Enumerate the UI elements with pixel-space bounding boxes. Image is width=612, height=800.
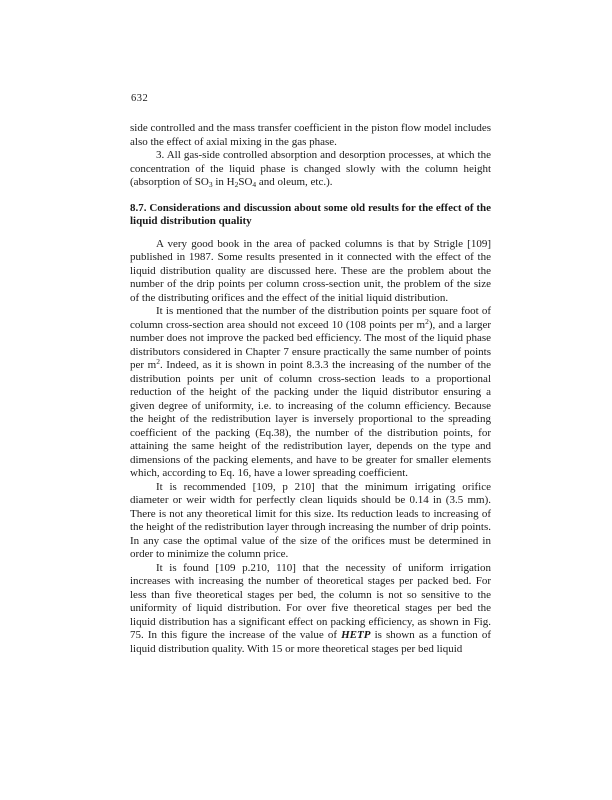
text-segment: 8.7. Considerations and discussion about…	[130, 202, 491, 228]
text-segment: . Indeed, as it is shown in point 8.3.3 …	[130, 359, 491, 479]
page-number: 632	[131, 93, 148, 104]
text-segment: It is recommended [109, p 210] that the …	[130, 481, 491, 561]
paragraph: It is recommended [109, p 210] that the …	[130, 481, 491, 562]
paragraph: It is found [109 p.210, 110] that the ne…	[130, 562, 491, 657]
book-page: 632 side controlled and the mass transfe…	[0, 0, 612, 800]
paragraph: side controlled and the mass transfer co…	[130, 122, 491, 149]
text-segment: side controlled and the mass transfer co…	[130, 122, 491, 148]
paragraph: It is mentioned that the number of the d…	[130, 305, 491, 481]
text-segment: and oleum, etc.).	[256, 176, 332, 188]
text-segment: SO	[238, 176, 252, 188]
paragraph: 3. All gas-side controlled absorption an…	[130, 149, 491, 190]
document-body: side controlled and the mass transfer co…	[130, 122, 491, 656]
text-segment: in H	[213, 176, 235, 188]
section-heading: 8.7. Considerations and discussion about…	[130, 202, 491, 229]
text-segment: A very good book in the area of packed c…	[130, 238, 491, 304]
paragraph: A very good book in the area of packed c…	[130, 238, 491, 306]
text-segment: HETP	[341, 629, 370, 641]
